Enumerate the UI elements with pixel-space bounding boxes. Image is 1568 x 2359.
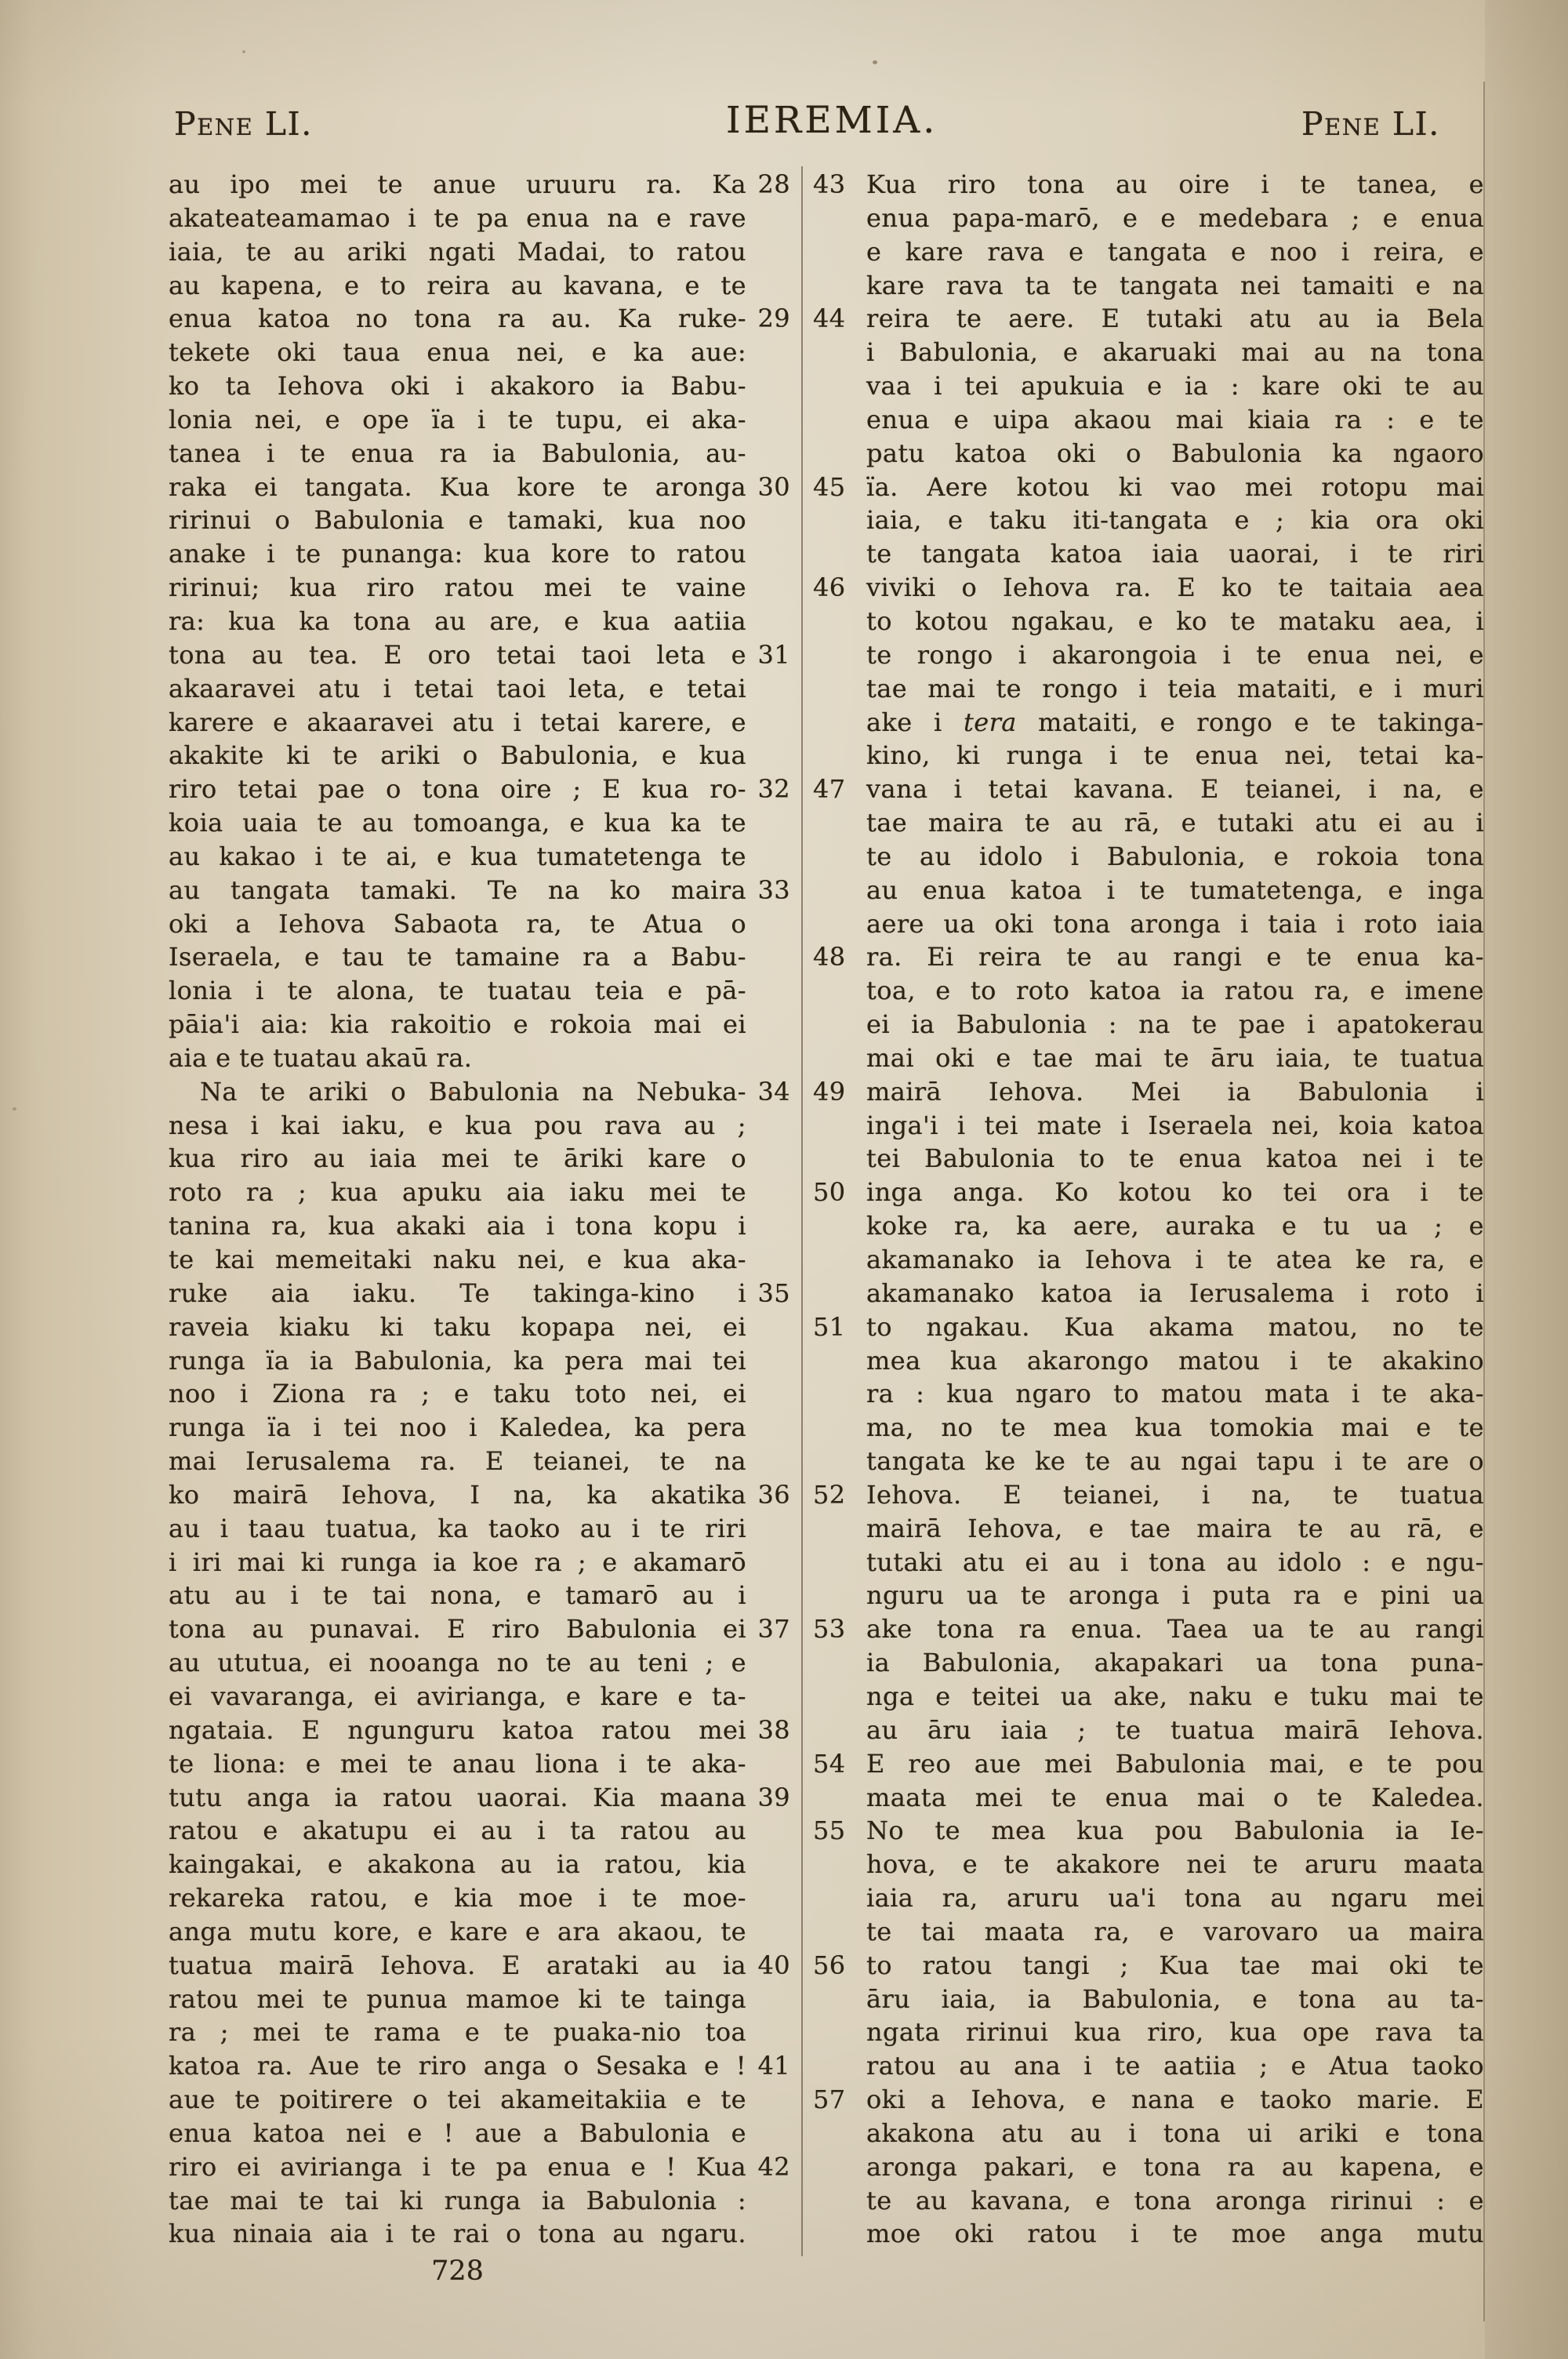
- text-line: akamanako ia Iehova i te atea ke ra, e: [813, 1243, 1486, 1277]
- line-text: te tai maata ra, e varovaro ua maira: [866, 1915, 1484, 1949]
- line-text: atu au i te tai nona, e tamarō au i: [169, 1579, 746, 1612]
- text-line: kino, ki runga i te enua nei, tetai ka-: [813, 739, 1486, 772]
- line-text: riro tetai pae o tona oire ; E kua ro-: [169, 772, 746, 806]
- verse-number: 32: [757, 772, 790, 806]
- column-divider-rule: [801, 166, 803, 2256]
- text-line: enua katoa no tona ra au. Ka ruke-29: [169, 302, 792, 336]
- text-line: karere e akaaravei atu i tetai karere, e: [169, 706, 792, 740]
- line-text: maata mei te enua mai o te Kaledea.: [866, 1781, 1484, 1815]
- verse-number: 36: [757, 1478, 790, 1512]
- text-line: raka ei tangata. Kua kore te aronga30: [169, 471, 792, 504]
- text-line: te tai maata ra, e varovaro ua maira: [813, 1915, 1486, 1949]
- line-text: kua riro au iaia mei te āriki kare o: [169, 1142, 746, 1176]
- line-text: e kare rava e tangata e noo i reira, e: [866, 235, 1484, 269]
- text-line: oki a Iehova, e nana e taoko marie. E57: [813, 2083, 1486, 2117]
- text-line: runga ïa i tei noo i Kaledea, ka pera: [169, 1411, 792, 1445]
- line-text: rekareka ratou, e kia moe i te moe-: [169, 1881, 746, 1915]
- line-text: tona au tea. E oro tetai taoi leta e: [169, 638, 746, 672]
- text-line: au āru iaia ; te tuatua mairā Iehova.: [813, 1714, 1486, 1747]
- text-line: ratou e akatupu ei au i ta ratou au: [169, 1814, 792, 1848]
- line-text: kaingakai, e akakona au ia ratou, kia: [169, 1848, 746, 1881]
- verse-number: 46: [813, 571, 846, 605]
- text-line: lonia i te alona, te tuatau teia e pā-: [169, 974, 792, 1008]
- running-head-left: Pene LI.: [174, 105, 313, 143]
- text-line: to kotou ngakau, e ko te mataku aea, i: [813, 605, 1486, 638]
- verse-number: 53: [813, 1612, 846, 1646]
- line-text: Iseraela, e tau te tamaine ra a Babu-: [169, 940, 746, 974]
- text-line: enua e uipa akaou mai kiaia ra : e te: [813, 403, 1486, 437]
- text-line: inga anga. Ko kotou ko tei ora i te50: [813, 1176, 1486, 1209]
- line-text: ma, no te mea kua tomokia mai e te: [866, 1411, 1484, 1445]
- text-line: te rongo i akarongoia i te enua nei, e: [813, 638, 1486, 672]
- text-line: anake i te punanga: kua kore to ratou: [169, 537, 792, 571]
- line-text: tangata ke ke te au ngai tapu i te are o: [866, 1445, 1484, 1478]
- line-text: ko ta Iehova oki i akakoro ia Babu-: [169, 369, 746, 403]
- verse-number: 54: [813, 1747, 846, 1781]
- line-text: vaa i tei apukuia e ia : kare oki te au: [866, 369, 1484, 403]
- line-text: hova, e te akakore nei te aruru maata: [866, 1848, 1484, 1881]
- text-line: ngata ririnui kua riro, kua ope rava ta: [813, 2016, 1486, 2049]
- line-text: iaia, te au ariki ngati Madai, to ratou: [169, 235, 746, 269]
- line-text: ïa. Aere kotou ki vao mei rotopu mai: [866, 471, 1484, 504]
- line-text: roto ra ; kua apuku aia iaku mei te: [169, 1176, 746, 1209]
- text-line: koke ra, ka aere, auraka e tu ua ; e: [813, 1209, 1486, 1243]
- line-text: enua katoa nei e ! aue a Babulonia e: [169, 2117, 746, 2150]
- line-text: āru iaia, ia Babulonia, e tona au ta-: [866, 1983, 1484, 2016]
- text-line: ratou au ana i te aatiia ; e Atua taoko: [813, 2049, 1486, 2083]
- text-line: mai oki e tae mai te āru iaia, te tuatua: [813, 1041, 1486, 1075]
- line-text: pāia'i aia: kia rakoitio e rokoia mai ei: [169, 1008, 746, 1041]
- line-text: enua papa-marō, e e medebara ; e enua: [866, 202, 1484, 235]
- verse-number: 56: [813, 1949, 846, 1983]
- text-line: akakite ki te ariki o Babulonia, e kua: [169, 739, 792, 772]
- line-text: ra ; mei te rama e te puaka-nio toa: [169, 2016, 746, 2049]
- text-line: ra. Ei reira te au rangi e te enua ka-48: [813, 940, 1486, 974]
- verse-number: 40: [757, 1949, 790, 1983]
- verse-number: 50: [813, 1176, 846, 1209]
- line-text: anake i te punanga: kua kore to ratou: [169, 537, 746, 571]
- line-text: reira te aere. E tutaki atu au ia Bela: [866, 302, 1484, 336]
- text-line: ake i tera mataiti, e rongo e te takinga…: [813, 706, 1486, 740]
- line-text: mairā Iehova, e tae maira te au rā, e: [866, 1512, 1484, 1546]
- text-line: riro ei avirianga i te pa enua e ! Kua42: [169, 2150, 792, 2184]
- text-line: patu katoa oki o Babulonia ka ngaoro: [813, 437, 1486, 471]
- line-text: ririnui; kua riro ratou mei te vaine: [169, 571, 746, 605]
- line-text: ra: kua ka tona au are, e kua aatiia: [169, 605, 746, 638]
- text-line: ei vavaranga, ei avirianga, e kare e ta-: [169, 1680, 792, 1714]
- right-text-column: Kua riro tona au oire i te tanea, e43enu…: [813, 168, 1486, 2251]
- text-line: kaingakai, e akakona au ia ratou, kia: [169, 1848, 792, 1881]
- text-line: te au idolo i Babulonia, e rokoia tona: [813, 840, 1486, 874]
- text-line: ïa. Aere kotou ki vao mei rotopu mai45: [813, 471, 1486, 504]
- line-text: No te mea kua pou Babulonia ia Ie-: [866, 1814, 1484, 1848]
- text-line: hova, e te akakore nei te aruru maata: [813, 1848, 1486, 1881]
- text-line: tutaki atu ei au i tona au idolo : e ngu…: [813, 1546, 1486, 1579]
- text-line: enua papa-marō, e e medebara ; e enua: [813, 202, 1486, 235]
- text-line: ma, no te mea kua tomokia mai e te: [813, 1411, 1486, 1445]
- text-line: tekete oki taua enua nei, e ka aue:: [169, 336, 792, 369]
- line-text: lonia nei, e ope ïa i te tupu, ei aka-: [169, 403, 746, 437]
- line-text: oki a Iehova, e nana e taoko marie. E: [866, 2083, 1484, 2117]
- text-line: au kakao i te ai, e kua tumatetenga te: [169, 840, 792, 874]
- line-text: toa, e to roto katoa ia ratou ra, e imen…: [866, 974, 1484, 1008]
- text-line: āru iaia, ia Babulonia, e tona au ta-: [813, 1983, 1486, 2016]
- verse-number: 47: [813, 772, 846, 806]
- text-line: ko ta Iehova oki i akakoro ia Babu-: [169, 369, 792, 403]
- line-text: riro ei avirianga i te pa enua e ! Kua: [169, 2150, 746, 2184]
- text-line: nguru ua te aronga i puta ra e pini ua: [813, 1579, 1486, 1612]
- line-text: au kakao i te ai, e kua tumatetenga te: [169, 840, 746, 874]
- text-line: nesa i kai iaku, e kua pou rava au ;: [169, 1109, 792, 1143]
- line-text: oki a Iehova Sabaota ra, te Atua o: [169, 907, 746, 941]
- text-line: kua ninaia aia i te rai o tona au ngaru.: [169, 2217, 792, 2251]
- text-line: ko mairā Iehova, I na, ka akatika36: [169, 1478, 792, 1512]
- text-line: roto ra ; kua apuku aia iaku mei te: [169, 1176, 792, 1209]
- text-line: i Babulonia, e akaruaki mai au na tona: [813, 336, 1486, 369]
- line-text: ei ia Babulonia : na te pae i apatokerau: [866, 1008, 1484, 1041]
- line-text: Iehova. E teianei, i na, te tuatua: [866, 1478, 1484, 1512]
- line-text: mai oki e tae mai te āru iaia, te tuatua: [866, 1041, 1484, 1075]
- verse-number: 52: [813, 1478, 846, 1512]
- text-line: au ipo mei te anue uruuru ra. Ka28: [169, 168, 792, 202]
- text-line: Iehova. E teianei, i na, te tuatua52: [813, 1478, 1486, 1512]
- verse-number: 37: [757, 1612, 790, 1646]
- line-text: enua katoa no tona ra au. Ka ruke-: [169, 302, 746, 336]
- text-line: au enua katoa i te tumatetenga, e inga: [813, 874, 1486, 907]
- text-line: koia uaia te au tomoanga, e kua ka te: [169, 806, 792, 840]
- line-text: katoa ra. Aue te riro anga o Sesaka e !: [169, 2049, 746, 2083]
- line-text: tei Babulonia to te enua katoa nei i te: [866, 1142, 1484, 1176]
- verse-number: 49: [813, 1075, 846, 1109]
- line-text: au tangata tamaki. Te na ko maira: [169, 874, 746, 907]
- line-text: tae mai te rongo i teia mataiti, e i mur…: [866, 672, 1484, 706]
- line-text: kua ninaia aia i te rai o tona au ngaru.: [169, 2217, 746, 2251]
- line-text: iaia ra, aruru ua'i tona au ngaru mei: [866, 1881, 1484, 1915]
- line-text: tae mai te tai ki runga ia Babulonia :: [169, 2184, 746, 2218]
- line-text: aronga pakari, e tona ra au kapena, e: [866, 2150, 1484, 2184]
- line-text: tutaki atu ei au i tona au idolo : e ngu…: [866, 1546, 1484, 1579]
- text-line: akaaravei atu i tetai taoi leta, e tetai: [169, 672, 792, 706]
- line-text: mairā Iehova. Mei ia Babulonia i: [866, 1075, 1484, 1109]
- line-text: kare rava ta te tangata nei tamaiti e na: [866, 269, 1484, 303]
- text-line: aronga pakari, e tona ra au kapena, e: [813, 2150, 1486, 2184]
- text-line: ei ia Babulonia : na te pae i apatokerau: [813, 1008, 1486, 1041]
- text-line: lonia nei, e ope ïa i te tupu, ei aka-: [169, 403, 792, 437]
- line-text: ra. Ei reira te au rangi e te enua ka-: [866, 940, 1484, 974]
- text-line: mairā Iehova. Mei ia Babulonia i49: [813, 1075, 1486, 1109]
- text-line: ra: kua ka tona au are, e kua aatiia: [169, 605, 792, 638]
- line-text: ngataia. E ngunguru katoa ratou mei: [169, 1714, 746, 1747]
- line-text: aere ua oki tona aronga i taia i roto ia…: [866, 907, 1484, 941]
- text-line: au i taau tuatua, ka taoko au i te riri: [169, 1512, 792, 1546]
- text-line: tanea i te enua ra ia Babulonia, au-: [169, 437, 792, 471]
- text-line: toa, e to roto katoa ia ratou ra, e imen…: [813, 974, 1486, 1008]
- running-head-title: IEREMIA.: [726, 99, 938, 142]
- text-line: noo i Ziona ra ; e taku toto nei, ei: [169, 1377, 792, 1411]
- text-line: rekareka ratou, e kia moe i te moe-: [169, 1881, 792, 1915]
- verse-number: 41: [757, 2049, 790, 2083]
- line-text: tutu anga ia ratou uaorai. Kia maana: [169, 1781, 746, 1815]
- text-line: e kare rava e tangata e noo i reira, e: [813, 235, 1486, 269]
- text-line: maata mei te enua mai o te Kaledea.: [813, 1781, 1486, 1815]
- text-line: nga e teitei ua ake, naku e tuku mai te: [813, 1680, 1486, 1714]
- line-text: ko mairā Iehova, I na, ka akatika: [169, 1478, 746, 1512]
- text-line: pāia'i aia: kia rakoitio e rokoia mai ei: [169, 1008, 792, 1041]
- text-line: Na te ariki o Babulonia na Nebuka-34: [169, 1075, 792, 1109]
- line-text: raveia kiaku ki taku kopapa nei, ei: [169, 1310, 746, 1344]
- verse-number: 51: [813, 1310, 846, 1344]
- line-text: aue te poitirere o tei akameitakiia e te: [169, 2083, 746, 2117]
- line-text: akamanako ia Iehova i te atea ke ra, e: [866, 1243, 1484, 1277]
- text-line: ririnui; kua riro ratou mei te vaine: [169, 571, 792, 605]
- page-edge-shadow: [1485, 0, 1568, 2359]
- text-line: Iseraela, e tau te tamaine ra a Babu-: [169, 940, 792, 974]
- line-text: Kua riro tona au oire i te tanea, e: [866, 168, 1484, 202]
- text-line: ra : kua ngaro to matou mata i te aka-: [813, 1377, 1486, 1411]
- text-line: raveia kiaku ki taku kopapa nei, ei: [169, 1310, 792, 1344]
- verse-number: 48: [813, 940, 846, 974]
- text-line: to ratou tangi ; Kua tae mai oki te56: [813, 1949, 1486, 1983]
- paper-speckle: [242, 50, 245, 53]
- text-line: tei Babulonia to te enua katoa nei i te: [813, 1142, 1486, 1176]
- text-line: inga'i i tei mate i Iseraela nei, koia k…: [813, 1109, 1486, 1143]
- line-text: ruke aia iaku. Te takinga-kino i: [169, 1277, 746, 1310]
- text-line: moe oki ratou i te moe anga mutu: [813, 2217, 1486, 2251]
- text-line: riro tetai pae o tona oire ; E kua ro-32: [169, 772, 792, 806]
- line-text: E reo aue mei Babulonia mai, e te pou: [866, 1747, 1484, 1781]
- text-line: vaa i tei apukuia e ia : kare oki te au: [813, 369, 1486, 403]
- line-text: ia Babulonia, akapakari ua tona puna-: [866, 1646, 1484, 1680]
- text-line: iaia, e taku iti-tangata e ; kia ora oki: [813, 503, 1486, 537]
- text-line: mai Ierusalema ra. E teianei, te na: [169, 1445, 792, 1478]
- line-text: nesa i kai iaku, e kua pou rava au ;: [169, 1109, 746, 1143]
- line-text: patu katoa oki o Babulonia ka ngaoro: [866, 437, 1484, 471]
- line-text: inga anga. Ko kotou ko tei ora i te: [866, 1176, 1484, 1209]
- text-line: i iri mai ki runga ia koe ra ; e akamarō: [169, 1546, 792, 1579]
- verse-number: 43: [813, 168, 846, 202]
- line-text: akakite ki te ariki o Babulonia, e kua: [169, 739, 746, 772]
- paper-speckle: [13, 1107, 16, 1110]
- text-line: te tangata katoa iaia uaorai, i te riri: [813, 537, 1486, 571]
- line-text: tanea i te enua ra ia Babulonia, au-: [169, 437, 746, 471]
- text-line: tae mai te tai ki runga ia Babulonia :: [169, 2184, 792, 2218]
- line-text: aia e te tuatau akaū ra.: [169, 1041, 746, 1075]
- line-text: te au kavana, e tona aronga ririnui : e: [866, 2184, 1484, 2218]
- text-line: tutu anga ia ratou uaorai. Kia maana39: [169, 1781, 792, 1815]
- line-text: to kotou ngakau, e ko te mataku aea, i: [866, 605, 1484, 638]
- line-text: runga ïa i tei noo i Kaledea, ka pera: [169, 1411, 746, 1445]
- line-text: ngata ririnui kua riro, kua ope rava ta: [866, 2016, 1484, 2049]
- line-text: vana i tetai kavana. E teianei, i na, e: [866, 772, 1484, 806]
- line-text: anga mutu kore, e kare e ara akaou, te: [169, 1915, 746, 1949]
- text-line: E reo aue mei Babulonia mai, e te pou54: [813, 1747, 1486, 1781]
- line-text: viviki o Iehova ra. E ko te taitaia aea: [866, 571, 1484, 605]
- text-line: tona au punavai. E riro Babulonia ei37: [169, 1612, 792, 1646]
- line-text: ei vavaranga, ei avirianga, e kare e ta-: [169, 1680, 746, 1714]
- text-line: No te mea kua pou Babulonia ia Ie-55: [813, 1814, 1486, 1848]
- line-text: te liona: e mei te anau liona i te aka-: [169, 1747, 746, 1781]
- text-line: tona au tea. E oro tetai taoi leta e31: [169, 638, 792, 672]
- line-text: akakona atu au i tona ui ariki e tona: [866, 2117, 1484, 2150]
- verse-number: 35: [757, 1277, 790, 1310]
- line-text: au āru iaia ; te tuatua mairā Iehova.: [866, 1714, 1484, 1747]
- text-line: iaia ra, aruru ua'i tona au ngaru mei: [813, 1881, 1486, 1915]
- text-line: kua riro au iaia mei te āriki kare o: [169, 1142, 792, 1176]
- text-line: au ututua, ei nooanga no te au teni ; e: [169, 1646, 792, 1680]
- verse-number: 31: [757, 638, 790, 672]
- text-line: aia e te tuatau akaū ra.: [169, 1041, 792, 1075]
- line-text: au ipo mei te anue uruuru ra. Ka: [169, 168, 746, 202]
- text-line: iaia, te au ariki ngati Madai, to ratou: [169, 235, 792, 269]
- verse-number: 55: [813, 1814, 846, 1848]
- text-line: ririnui o Babulonia e tamaki, kua noo: [169, 503, 792, 537]
- text-line: ngataia. E ngunguru katoa ratou mei38: [169, 1714, 792, 1747]
- line-text: noo i Ziona ra ; e taku toto nei, ei: [169, 1377, 746, 1411]
- line-text: ririnui o Babulonia e tamaki, kua noo: [169, 503, 746, 537]
- line-text: tuatua mairā Iehova. E arataki au ia: [169, 1949, 746, 1983]
- line-text: au i taau tuatua, ka taoko au i te riri: [169, 1512, 746, 1546]
- running-head-right: Pene LI.: [1301, 105, 1440, 143]
- line-text: inga'i i tei mate i Iseraela nei, koia k…: [866, 1109, 1484, 1143]
- line-text: akateateamamao i te pa enua na e rave: [169, 202, 746, 235]
- text-line: aere ua oki tona aronga i taia i roto ia…: [813, 907, 1486, 941]
- text-line: kare rava ta te tangata nei tamaiti e na: [813, 269, 1486, 303]
- verse-number: 42: [757, 2150, 790, 2184]
- line-text: raka ei tangata. Kua kore te aronga: [169, 471, 746, 504]
- book-page: Pene LI. IEREMIA. Pene LI. au ipo mei te…: [0, 0, 1568, 2359]
- line-text: ratou e akatupu ei au i ta ratou au: [169, 1814, 746, 1848]
- verse-number: 29: [757, 302, 790, 336]
- line-text: to ngakau. Kua akama matou, no te: [866, 1310, 1484, 1344]
- line-text: ratou mei te punua mamoe ki te tainga: [169, 1983, 746, 2016]
- text-line: tanina ra, kua akaki aia i tona kopu i: [169, 1209, 792, 1243]
- line-text: moe oki ratou i te moe anga mutu: [866, 2217, 1484, 2251]
- text-line: ratou mei te punua mamoe ki te tainga: [169, 1983, 792, 2016]
- line-text: tanina ra, kua akaki aia i tona kopu i: [169, 1209, 746, 1243]
- line-text: nga e teitei ua ake, naku e tuku mai te: [866, 1680, 1484, 1714]
- verse-number: 34: [757, 1075, 790, 1109]
- line-text: ra : kua ngaro to matou mata i te aka-: [866, 1377, 1484, 1411]
- line-text: iaia, e taku iti-tangata e ; kia ora oki: [866, 503, 1484, 537]
- line-text: ake i tera mataiti, e rongo e te takinga…: [866, 706, 1484, 740]
- line-text: tona au punavai. E riro Babulonia ei: [169, 1612, 746, 1646]
- text-line: akateateamamao i te pa enua na e rave: [169, 202, 792, 235]
- line-text: i Babulonia, e akaruaki mai au na tona: [866, 336, 1484, 369]
- text-line: viviki o Iehova ra. E ko te taitaia aea4…: [813, 571, 1486, 605]
- text-line: anga mutu kore, e kare e ara akaou, te: [169, 1915, 792, 1949]
- line-text: mea kua akarongo matou i te akakino: [866, 1344, 1484, 1378]
- verse-number: 39: [757, 1781, 790, 1815]
- line-text: koia uaia te au tomoanga, e kua ka te: [169, 806, 746, 840]
- line-text: enua e uipa akaou mai kiaia ra : e te: [866, 403, 1484, 437]
- line-text: lonia i te alona, te tuatau teia e pā-: [169, 974, 746, 1008]
- text-line: au kapena, e to reira au kavana, e te: [169, 269, 792, 303]
- verse-number: 30: [757, 471, 790, 504]
- text-line: tae maira te au rā, e tutaki atu ei au i: [813, 806, 1486, 840]
- text-line: mairā Iehova, e tae maira te au rā, e: [813, 1512, 1486, 1546]
- text-line: ia Babulonia, akapakari ua tona puna-: [813, 1646, 1486, 1680]
- line-text: kino, ki runga i te enua nei, tetai ka-: [866, 739, 1484, 772]
- text-line: te au kavana, e tona aronga ririnui : e: [813, 2184, 1486, 2218]
- text-line: oki a Iehova Sabaota ra, te Atua o: [169, 907, 792, 941]
- line-text: tae maira te au rā, e tutaki atu ei au i: [866, 806, 1484, 840]
- text-line: atu au i te tai nona, e tamarō au i: [169, 1579, 792, 1612]
- verse-number: 33: [757, 874, 790, 907]
- line-text: nguru ua te aronga i puta ra e pini ua: [866, 1579, 1484, 1612]
- text-line: ra ; mei te rama e te puaka-nio toa: [169, 2016, 792, 2049]
- text-line: ruke aia iaku. Te takinga-kino i35: [169, 1277, 792, 1310]
- text-line: akakona atu au i tona ui ariki e tona: [813, 2117, 1486, 2150]
- line-text: akaaravei atu i tetai taoi leta, e tetai: [169, 672, 746, 706]
- line-text: te rongo i akarongoia i te enua nei, e: [866, 638, 1484, 672]
- line-text: Na te ariki o Babulonia na Nebuka-: [169, 1075, 746, 1109]
- line-text: karere e akaaravei atu i tetai karere, e: [169, 706, 746, 740]
- line-text: au kapena, e to reira au kavana, e te: [169, 269, 746, 303]
- verse-number: 44: [813, 302, 846, 336]
- line-text: akamanako katoa ia Ierusalema i roto i: [866, 1277, 1484, 1310]
- text-line: au tangata tamaki. Te na ko maira33: [169, 874, 792, 907]
- text-line: tae mai te rongo i teia mataiti, e i mur…: [813, 672, 1486, 706]
- paper-speckle: [873, 60, 877, 64]
- text-line: te liona: e mei te anau liona i te aka-: [169, 1747, 792, 1781]
- line-text: ratou au ana i te aatiia ; e Atua taoko: [866, 2049, 1484, 2083]
- text-line: ake tona ra enua. Taea ua te au rangi53: [813, 1612, 1486, 1646]
- verse-number: 45: [813, 471, 846, 504]
- line-text: mai Ierusalema ra. E teianei, te na: [169, 1445, 746, 1478]
- text-line: katoa ra. Aue te riro anga o Sesaka e !4…: [169, 2049, 792, 2083]
- line-text: to ratou tangi ; Kua tae mai oki te: [866, 1949, 1484, 1983]
- paper-speckle: [449, 1090, 454, 1095]
- line-text: te au idolo i Babulonia, e rokoia tona: [866, 840, 1484, 874]
- text-line: vana i tetai kavana. E teianei, i na, e4…: [813, 772, 1486, 806]
- page-number: 728: [169, 2255, 746, 2287]
- text-line: aue te poitirere o tei akameitakiia e te: [169, 2083, 792, 2117]
- line-text: i iri mai ki runga ia koe ra ; e akamarō: [169, 1546, 746, 1579]
- left-text-column: au ipo mei te anue uruuru ra. Ka28akatea…: [169, 168, 792, 2251]
- line-text: te tangata katoa iaia uaorai, i te riri: [866, 537, 1484, 571]
- verse-number: 38: [757, 1714, 790, 1747]
- text-line: tuatua mairā Iehova. E arataki au ia40: [169, 1949, 792, 1983]
- line-text: te kai memeitaki naku nei, e kua aka-: [169, 1243, 746, 1277]
- line-text: tekete oki taua enua nei, e ka aue:: [169, 336, 746, 369]
- line-text: koke ra, ka aere, auraka e tu ua ; e: [866, 1209, 1484, 1243]
- text-line: akamanako katoa ia Ierusalema i roto i: [813, 1277, 1486, 1310]
- verse-number: 57: [813, 2083, 846, 2117]
- line-text: ake tona ra enua. Taea ua te au rangi: [866, 1612, 1484, 1646]
- text-line: tangata ke ke te au ngai tapu i te are o: [813, 1445, 1486, 1478]
- text-line: mea kua akarongo matou i te akakino: [813, 1344, 1486, 1378]
- text-line: to ngakau. Kua akama matou, no te51: [813, 1310, 1486, 1344]
- line-text: au ututua, ei nooanga no te au teni ; e: [169, 1646, 746, 1680]
- text-line: Kua riro tona au oire i te tanea, e43: [813, 168, 1486, 202]
- text-line: reira te aere. E tutaki atu au ia Bela44: [813, 302, 1486, 336]
- line-text: au enua katoa i te tumatetenga, e inga: [866, 874, 1484, 907]
- text-line: te kai memeitaki naku nei, e kua aka-: [169, 1243, 792, 1277]
- verse-number: 28: [757, 168, 790, 202]
- line-text: runga ïa ia Babulonia, ka pera mai tei: [169, 1344, 746, 1378]
- text-line: enua katoa nei e ! aue a Babulonia e: [169, 2117, 792, 2150]
- text-line: runga ïa ia Babulonia, ka pera mai tei: [169, 1344, 792, 1378]
